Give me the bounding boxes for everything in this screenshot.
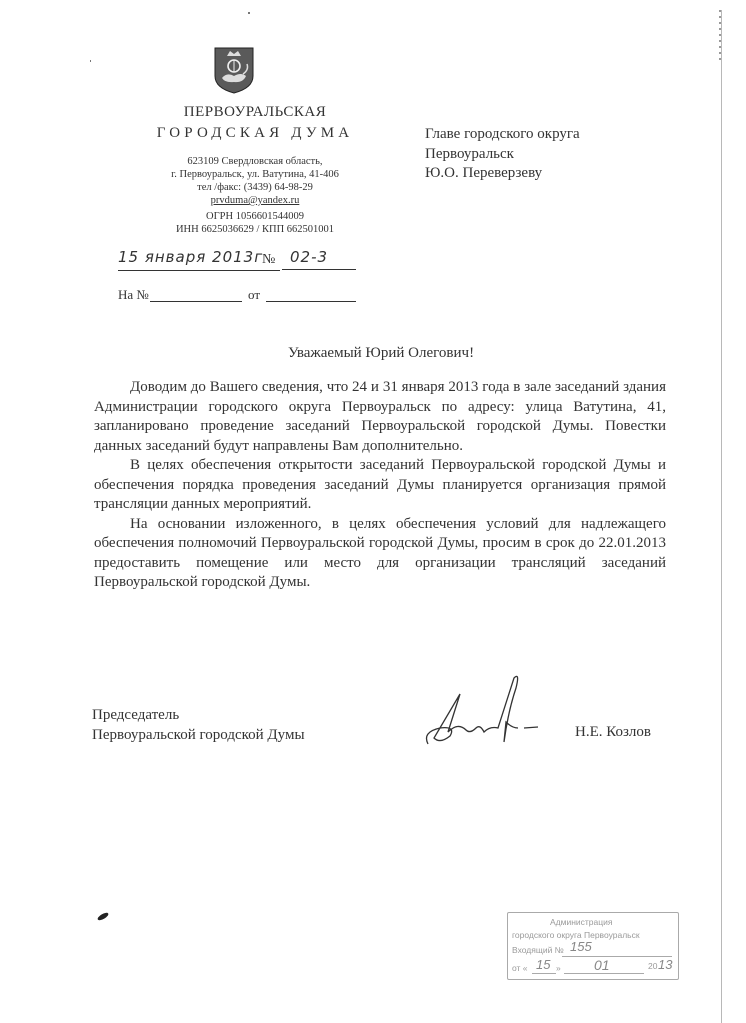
phone-fax: тел /факс: (3439) 64-98-29 — [120, 181, 390, 194]
email-link[interactable]: prvduma@yandex.ru — [120, 194, 390, 207]
recipient-name: Ю.О. Переверзеву — [425, 163, 542, 183]
stamp-month-line — [564, 973, 644, 974]
letter-body: Доводим до Вашего сведения, что 24 и 31 … — [94, 378, 666, 593]
address-line1: 623109 Свердловская область, — [120, 155, 390, 168]
scan-artifact — [719, 10, 721, 60]
org-name-line2: ГОРОДСКАЯ ДУМА — [120, 125, 390, 142]
stamp-from-label: от « — [512, 963, 528, 973]
stamp-org-line1: Администрация — [550, 917, 612, 927]
recipient-line2: Первоуральск — [425, 144, 514, 164]
scan-page-edge — [721, 10, 722, 1023]
body-paragraph: На основании изложенного, в целях обеспе… — [94, 515, 666, 593]
signer-name: Н.Е. Козлов — [575, 724, 651, 741]
scan-speck — [248, 12, 250, 14]
stamp-day: 15 — [536, 957, 550, 972]
inn-kpp: ИНН 6625036629 / КПП 662501001 — [120, 223, 390, 236]
stamp-year-suffix: 13 — [658, 957, 672, 972]
reference-date-label: от — [248, 287, 260, 303]
stamp-month: 01 — [594, 957, 610, 973]
stamp-day-close: » — [556, 963, 561, 973]
scan-speck — [90, 60, 91, 62]
stamp-year-prefix: 20 — [648, 961, 657, 971]
signer-title: Председатель Первоуральской городской Ду… — [92, 705, 305, 745]
stamp-day-line — [532, 973, 556, 974]
signer-title-line1: Председатель — [92, 705, 305, 725]
org-name-line1: ПЕРВОУРАЛЬСКАЯ — [120, 104, 390, 121]
address-line2: г. Первоуральск, ул. Ватутина, 41-406 — [120, 168, 390, 181]
recipient-line1: Главе городского округа — [425, 124, 580, 144]
salutation: Уважаемый Юрий Олегович! — [0, 345, 746, 362]
incoming-registration-stamp: Администрация городского округа Первоура… — [507, 912, 679, 980]
reference-number-blank — [150, 301, 242, 302]
reference-number-label: На № — [118, 287, 149, 303]
outgoing-number: 02-3 — [282, 248, 356, 270]
body-paragraph: В целях обеспечения открытости заседаний… — [94, 456, 666, 515]
signer-title-line2: Первоуральской городской Думы — [92, 725, 305, 745]
number-label: № — [262, 252, 275, 268]
reference-date-blank — [266, 301, 356, 302]
stamp-incoming-label: Входящий № — [512, 945, 564, 955]
ink-smudge — [97, 911, 110, 921]
outgoing-date: 15 января 2013г — [118, 248, 280, 271]
handwritten-signature-icon — [420, 672, 550, 752]
city-coat-of-arms-icon — [213, 46, 255, 94]
stamp-number-line — [562, 956, 672, 957]
ogrn: ОГРН 1056601544009 — [120, 210, 390, 223]
body-paragraph: Доводим до Вашего сведения, что 24 и 31 … — [94, 378, 666, 456]
stamp-incoming-number: 155 — [570, 939, 592, 954]
